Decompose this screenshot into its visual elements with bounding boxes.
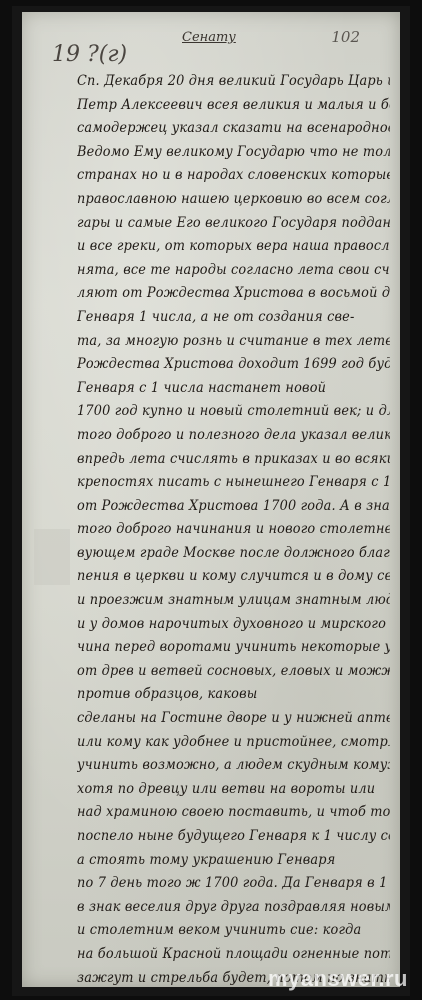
- manuscript-line: а стоять тому украшению Генваря: [77, 849, 390, 873]
- manuscript-line: от Рождества Христова 1700 года. А в зна…: [77, 495, 390, 519]
- manuscript-line: гары и самые Его великого Государя подда…: [77, 212, 390, 236]
- manuscript-line: православною нашею церковию во всем согл…: [77, 188, 390, 212]
- manuscript-line: та, за многую рознь и считание в тех лет…: [77, 330, 390, 354]
- manuscript-line: и все греки, от которых вера наша правос…: [77, 235, 390, 259]
- manuscript-line: на большой Красной площади огненные поте…: [77, 943, 390, 967]
- marginal-note: 19 ?(г): [52, 42, 127, 67]
- folio-number: 102: [331, 28, 360, 46]
- manuscript-line: учинить возможно, а людем скудным комужд…: [77, 754, 390, 778]
- manuscript-line: или кому как удобнее и пристойнее, смотр…: [77, 731, 390, 755]
- manuscript-line: сделаны на Гостине дворе и у нижней апте…: [77, 707, 390, 731]
- paper-repair-patch: [34, 529, 70, 585]
- manuscript-page: 19 ?(г) Сенату 102 Сп. Декабря 20 дня ве…: [22, 12, 400, 987]
- manuscript-line: того доброго и полезного дела указал вел…: [77, 424, 390, 448]
- manuscript-text: Сп. Декабря 20 дня великий Государь Царь…: [77, 70, 417, 990]
- manuscript-line: 1700 год купно и новый столетний век; и …: [77, 400, 390, 424]
- manuscript-line: пения в церкви и кому случится и в дому …: [77, 565, 390, 589]
- manuscript-line: и у домов нарочитых духовного и мирского: [77, 613, 390, 637]
- manuscript-line: крепостях писать с нынешнего Генваря с 1…: [77, 471, 390, 495]
- manuscript-line: вующем граде Москве после должного благо…: [77, 542, 390, 566]
- manuscript-line: против образцов, каковы: [77, 683, 390, 707]
- manuscript-line: и столетним веком учинить сие: когда: [77, 919, 390, 943]
- manuscript-line: Рождества Христова доходит 1699 год буду…: [77, 353, 390, 377]
- manuscript-line: и проезжим знатным улицам знатным людям: [77, 589, 390, 613]
- manuscript-line: по 7 день того ж 1700 года. Да Генваря в…: [77, 872, 390, 896]
- manuscript-line: Генваря с 1 числа настанет новой: [77, 377, 390, 401]
- manuscript-line: поспело ныне будущего Генваря к 1 числу …: [77, 825, 390, 849]
- manuscript-line: Сп. Декабря 20 дня великий Государь Царь…: [77, 70, 390, 94]
- manuscript-line: в знак веселия друг друга поздравляя нов…: [77, 896, 390, 920]
- manuscript-line: чина перед воротами учинить некоторые ук…: [77, 636, 390, 660]
- watermark: myanswer.ru: [268, 966, 408, 992]
- manuscript-line: нята, все те народы согласно лета свои с…: [77, 259, 390, 283]
- manuscript-line: от древ и ветвей сосновых, еловых и можж…: [77, 660, 390, 684]
- manuscript-line: ляют от Рождества Христова в восьмой ден…: [77, 282, 390, 306]
- manuscript-line: того доброго начинания и нового столетне…: [77, 518, 390, 542]
- manuscript-line: впредь лета счислять в приказах и во вся…: [77, 448, 390, 472]
- manuscript-line: хотя по древцу или ветви на вороты или: [77, 778, 390, 802]
- header-note: Сенату: [182, 30, 236, 45]
- manuscript-line: самодержец указал сказати на всенародное…: [77, 117, 390, 141]
- manuscript-line: Ведомо Ему великому Государю что не толь…: [77, 141, 390, 165]
- manuscript-line: странах но и в народах словенских которы…: [77, 164, 390, 188]
- manuscript-line: Петр Алексеевич всея великия и малыя и б…: [77, 94, 390, 118]
- manuscript-line: над храминою своею поставить, и чтоб то: [77, 801, 390, 825]
- manuscript-line: Генваря 1 числа, а не от создания све-: [77, 306, 390, 330]
